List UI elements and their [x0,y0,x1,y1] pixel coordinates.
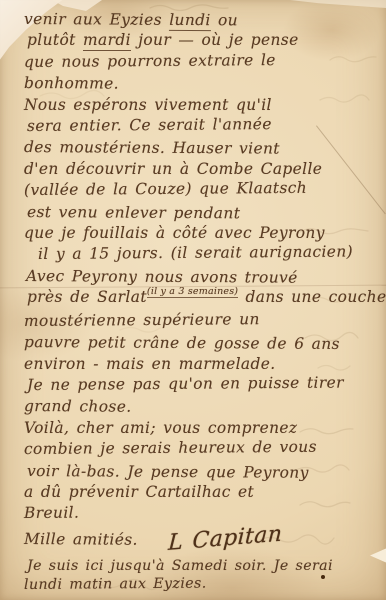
letter-line: est venu enlever pendant [27,202,382,226]
line-text: plutôt [27,31,83,49]
letter-line: près de Sarlat(il y a 3 semaines) dans u… [27,287,382,310]
line-text: jour — où je pense [131,31,299,49]
letter-line: que nous pourrons extraire le [24,49,382,73]
letter-page: venir aux Eyzies lundi ou plutôt mardi j… [0,0,386,600]
closing-phrase: Mille amitiés. [24,530,138,549]
letter-body: venir aux Eyzies lundi ou plutôt mardi j… [24,9,382,596]
letter-line: venir aux Eyzies lundi ou [24,9,382,33]
letter-line: Je ne pense pas qu'on en puisse tirer [27,372,382,396]
letter-line: pauvre petit crâne de gosse de 6 ans [24,332,382,356]
line-text: ou [211,11,238,29]
letter-line: sera entier. Ce serait l'année [27,113,382,137]
interlinear-note: (il y a 3 semaines) [147,286,238,298]
letter-line: plutôt mardi jour — où je pense [27,30,382,51]
letter-line: Mille amitiés.L Capitan [24,527,382,559]
underlined-word: mardi [83,31,131,51]
letter-line: moustérienne supérieure un [24,308,382,332]
letter-line: bonhomme. [24,73,382,97]
line-text: venir aux Eyzies [24,10,169,29]
signature: L Capitan [167,523,282,554]
underlined-word: lundi [169,11,211,31]
letter-line: il y a 15 jours. (il serait aurignacien) [38,242,382,266]
line-text: près de Sarlat [27,288,147,306]
letter-line: grand chose. [24,396,382,420]
letter-line: voir là-bas. Je pense que Peyrony [27,461,382,485]
letter-line: Breuil. [24,501,382,525]
letter-line: lundi matin aux Eyzies. [24,574,382,596]
letter-line: (vallée de la Couze) que Klaatsch [24,177,382,201]
line-text: dans une couche [238,288,386,306]
letter-line: combien je serais heureux de vous [24,436,382,460]
letter-line: des moustériens. Hauser vient [24,137,382,161]
